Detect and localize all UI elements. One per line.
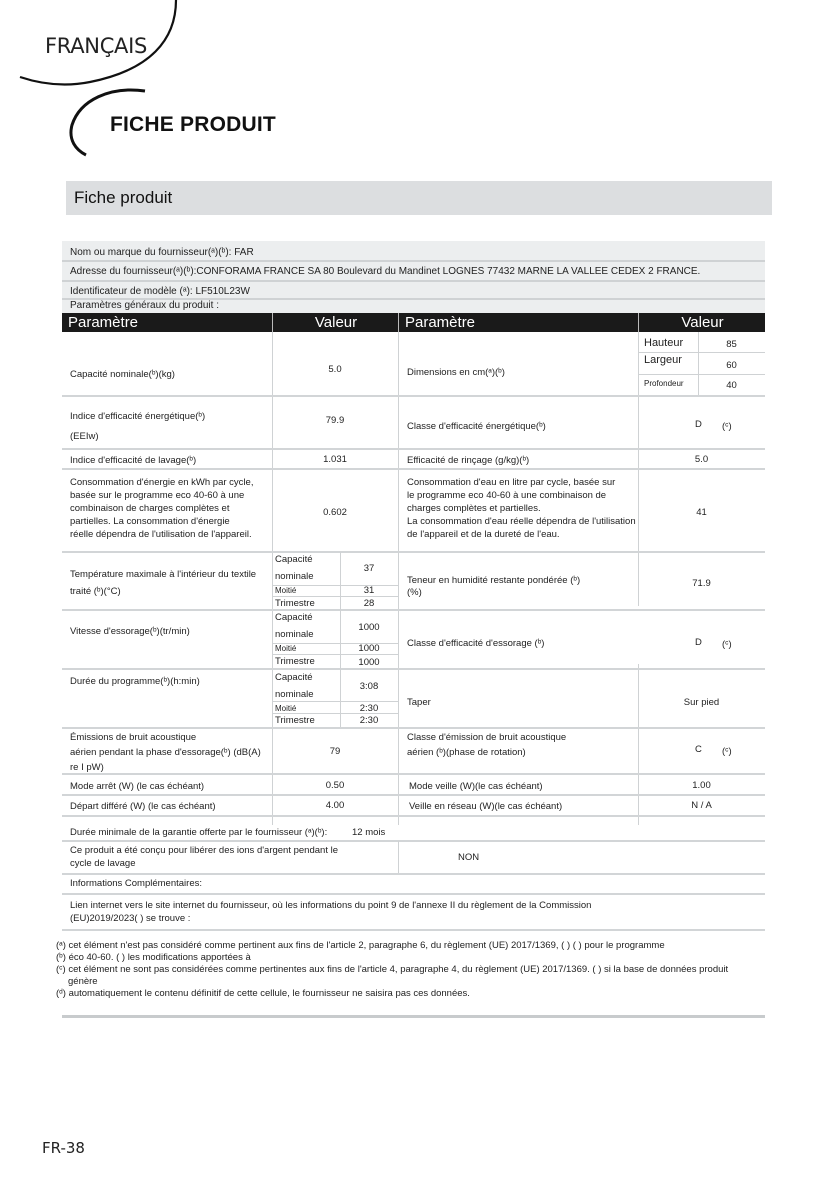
row-divider — [62, 893, 765, 895]
row-divider — [62, 448, 765, 450]
supplier-website-label: Lien internet vers le site internet du f… — [70, 899, 591, 925]
footnote: génère — [68, 976, 98, 988]
max-temp-label-suffix: traité (ᵇ)(°C) — [70, 585, 121, 598]
water-consumption-label: Consommation d'eau en litre par cycle, b… — [407, 476, 636, 541]
spin-sub-value: 1000 — [340, 642, 398, 655]
noise-class-note: (ᶜ) — [722, 745, 732, 758]
silver-ions-value: NON — [458, 851, 479, 864]
row-divider — [62, 815, 765, 817]
divider — [62, 260, 765, 262]
temp-sub-label: Trimestre — [275, 597, 315, 610]
row-divider — [62, 794, 765, 796]
wash-index-value: 1.031 — [272, 453, 398, 466]
standby-label: Mode veille (W)(le cas échéant) — [409, 780, 543, 793]
duration-sub-value: 2:30 — [340, 714, 398, 727]
row-divider — [62, 727, 765, 729]
grid-line — [398, 332, 399, 825]
header-param-2: Paramètre — [398, 313, 645, 332]
spin-speed-label: Vitesse d'essorage(ᵇ)(tr/min) — [70, 625, 190, 638]
footnote: (ᵈ) automatiquement le contenu définitif… — [56, 988, 470, 1000]
rinse-value: 5.0 — [638, 453, 765, 466]
row-divider — [62, 609, 765, 611]
spin-sub-value: 1000 — [340, 621, 398, 634]
network-standby-label: Veille en réseau (W)(le cas échéant) — [409, 800, 562, 813]
duration-sub-label: Trimestre — [275, 714, 315, 727]
type-label: Taper — [407, 696, 431, 709]
max-temp-label: Température maximale à l'intérieur du te… — [70, 568, 256, 581]
spin-sub-label: Capacité — [275, 611, 313, 624]
energy-class-label: Classe d'efficacité énergétique(ᵇ) — [407, 420, 546, 433]
eei-label: Indice d'efficacité énergétique(ᵇ) — [70, 410, 205, 423]
grid-line — [398, 841, 399, 873]
additional-info-label: Informations Complémentaires: — [70, 877, 202, 890]
delay-start-value: 4.00 — [272, 799, 398, 812]
capacity-label: Capacité nominale(ᵇ)(kg) — [70, 368, 175, 381]
row-divider — [62, 929, 765, 931]
moisture-label-suffix: (%) — [407, 586, 422, 599]
spin-class-label: Classe d'efficacité d'essorage (ᵇ) — [407, 637, 544, 650]
network-standby-value: N / A — [638, 799, 765, 812]
type-value: Sur pied — [638, 696, 765, 709]
dimension-height-value: 85 — [698, 338, 765, 351]
temp-sub-value: 28 — [340, 597, 398, 610]
spin-sub-value: 1000 — [340, 656, 398, 669]
row-divider — [62, 873, 765, 875]
noise-value: 79 — [272, 745, 398, 758]
temp-sub-value: 31 — [340, 584, 398, 597]
water-consumption-value: 41 — [638, 506, 765, 519]
bottom-rule — [62, 1015, 765, 1018]
row-divider — [62, 551, 765, 553]
header-value-1: Valeur — [272, 313, 399, 332]
header-value-2: Valeur — [638, 313, 766, 332]
noise-label: Émissions de bruit acoustique aérien pen… — [70, 730, 261, 775]
warranty-value: 12 mois — [352, 826, 385, 839]
duration-sub-label: nominale — [275, 688, 314, 701]
header-param-1: Paramètre — [68, 313, 138, 332]
rinse-label: Efficacité de rinçage (g/kg)(ᵇ) — [407, 454, 529, 467]
row-divider — [62, 668, 765, 670]
moisture-label: Teneur en humidité restante pondérée (ᵇ) — [407, 574, 580, 587]
eei-label-suffix: (EEIw) — [70, 430, 99, 443]
spin-sub-label: Trimestre — [275, 655, 315, 668]
noise-class-value: C — [695, 743, 702, 756]
duration-sub-value: 3:08 — [340, 680, 398, 693]
energy-class-note: (ᶜ) — [722, 420, 732, 433]
dimension-depth-label: Profondeur — [644, 377, 684, 390]
footnote: (ᶜ) cet élément ne sont pas considérées … — [56, 964, 728, 976]
language-label: FRANÇAIS — [45, 34, 147, 58]
dimension-width-value: 60 — [698, 359, 765, 372]
table-header: Paramètre Valeur Paramètre Valeur — [62, 313, 765, 332]
capacity-value: 5.0 — [272, 363, 398, 376]
wash-index-label: Indice d'efficacité de lavage(ᵇ) — [70, 454, 196, 467]
spin-class-note: (ᶜ) — [722, 638, 732, 651]
temp-sub-label: nominale — [275, 570, 314, 583]
spin-sub-label: Moitié — [275, 642, 296, 655]
temp-sub-value: 37 — [340, 562, 398, 575]
grid-line — [638, 374, 765, 375]
grid-line — [638, 352, 765, 353]
row-divider — [62, 840, 765, 842]
section-banner: Fiche produit — [66, 181, 772, 215]
temp-sub-label: Moitié — [275, 584, 296, 597]
dimension-height-label: Hauteur — [644, 337, 683, 350]
warranty-label: Durée minimale de la garantie offerte pa… — [70, 826, 327, 839]
duration-label: Durée du programme(ᵇ)(h:min) — [70, 675, 200, 688]
moisture-value: 71.9 — [638, 577, 765, 590]
row-divider — [62, 395, 765, 397]
footnote: (ᵃ) cet élément n'est pas considéré comm… — [56, 940, 665, 952]
duration-sub-label: Capacité — [275, 671, 313, 684]
page-number: FR-38 — [42, 1139, 85, 1157]
energy-consumption-value: 0.602 — [272, 506, 398, 519]
delay-start-label: Départ différé (W) (le cas échéant) — [70, 800, 216, 813]
noise-class-label: Classe d'émission de bruit acoustique aé… — [407, 730, 566, 760]
silver-ions-label: Ce produit a été conçu pour libérer des … — [70, 844, 338, 870]
eei-value: 79.9 — [272, 414, 398, 427]
energy-class-value: D — [695, 418, 702, 431]
dimension-width-label: Largeur — [644, 354, 682, 367]
divider — [62, 280, 765, 282]
row-divider — [62, 468, 765, 470]
section-banner-title: Fiche produit — [74, 188, 172, 208]
standby-value: 1.00 — [638, 779, 765, 792]
spin-class-value: D — [695, 636, 702, 649]
footnote: (ᵇ) éco 40-60. ( ) les modifications app… — [56, 952, 251, 964]
off-mode-label: Mode arrêt (W) (le cas échéant) — [70, 780, 204, 793]
spin-sub-label: nominale — [275, 628, 314, 641]
dimension-depth-value: 40 — [698, 379, 765, 392]
off-mode-value: 0.50 — [272, 779, 398, 792]
page-title: FICHE PRODUIT — [110, 113, 276, 137]
temp-sub-label: Capacité — [275, 553, 313, 566]
energy-consumption-label: Consommation d'énergie en kWh par cycle,… — [70, 476, 253, 541]
dimensions-label: Dimensions en cm(ᵃ)(ᵇ) — [407, 366, 505, 379]
